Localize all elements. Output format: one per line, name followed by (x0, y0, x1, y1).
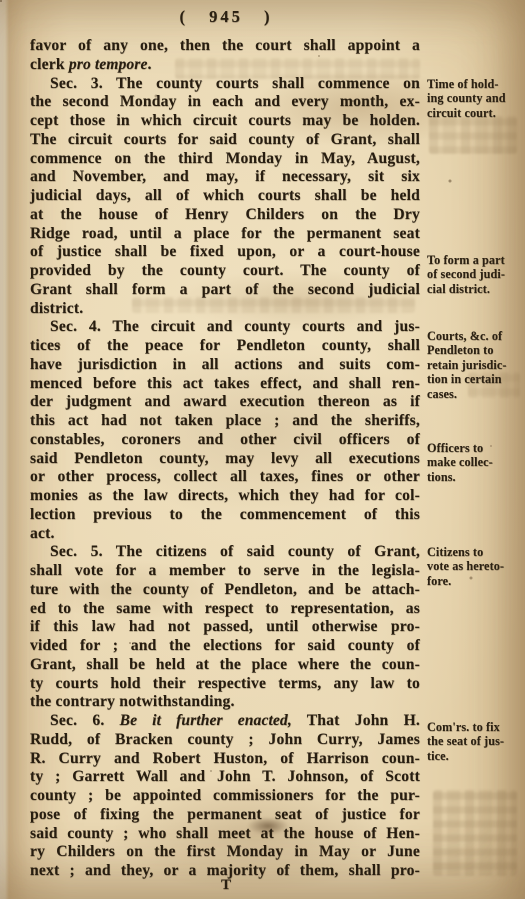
body-line-segment: R. Curry and Robert Huston, of Harrison … (30, 750, 420, 767)
body-line-segment: monies as the law directs, which they ha… (30, 487, 420, 504)
body-line-segment: Sec. 5. The citizens of said county of G… (50, 543, 420, 560)
page-number: ( 945 ) (0, 7, 452, 27)
body-line-segment: district. (30, 300, 83, 317)
body-line: said Pendleton county, may levy all exec… (30, 450, 420, 469)
body-line: Sec. 4. The circuit and county courts an… (30, 318, 420, 337)
body-line-segment: Sec. 4. The circuit and county courts an… (50, 318, 420, 335)
body-line: at the house of Henry Childers on the Dr… (30, 206, 420, 225)
body-line-segment: der judgment and award execution thereon… (30, 393, 420, 410)
body-line-segment: provided by the county court. The county… (30, 262, 420, 279)
body-line: der judgment and award execution thereon… (30, 393, 420, 412)
body-line: Sec. 3. The county courts shall commence… (30, 75, 420, 94)
body-line-segment: The circuit courts for said county of Gr… (30, 131, 420, 148)
body-line-segment: said Pendleton county, may levy all exec… (30, 450, 420, 467)
body-line-segment: pro tempore (69, 56, 148, 73)
margin-note-second-judicial-district: To form a part of second judi- cial dist… (427, 253, 524, 296)
scanned-page: ( 945 ) favor of any one, then the court… (0, 0, 525, 899)
body-line: lection previous to the commencement of … (30, 506, 420, 525)
body-line: ty courts hold their respective terms, a… (30, 675, 420, 694)
body-line-segment: Ridge road, until a place for the perman… (30, 225, 420, 242)
body-line: menced before this act takes effect, and… (30, 375, 420, 394)
body-line: of justice shall be fixed upon, or a cou… (30, 243, 420, 262)
body-line-segment: clerk (30, 56, 69, 73)
body-line-segment: constables, coroners and other civil off… (30, 431, 420, 448)
body-line-segment: menced before this act takes effect, and… (30, 375, 420, 392)
body-line-segment: ry Childers on the first Monday in May o… (30, 843, 420, 860)
body-line-segment: ture with the county of Pendleton, and b… (30, 581, 420, 598)
body-text: favor of any one, then the court shall a… (30, 37, 420, 881)
body-line-segment: the contrary notwithstanding. (30, 693, 235, 710)
margin-note-officers-make-collections: Officers to make collec- tions. (427, 441, 524, 484)
body-line: said county ; who shall meet at the hous… (30, 825, 420, 844)
body-line: monies as the law directs, which they ha… (30, 487, 420, 506)
bleed-through-stain (433, 790, 517, 876)
body-line-segment: at the house of Henry Childers on the Dr… (30, 206, 420, 223)
body-line-segment: Be it further enacted, (120, 712, 292, 729)
body-line: the contrary notwithstanding. (30, 693, 420, 712)
body-line: Sec. 5. The citizens of said county of G… (30, 543, 420, 562)
body-line: the second Monday in each and every mont… (30, 93, 420, 112)
body-line-segment: shall vote for a member to serve in the … (30, 562, 420, 579)
body-line-segment: That John H. (292, 712, 420, 729)
body-line-segment: Sec. 6. (50, 712, 120, 729)
body-line-segment: the second Monday in each and every mont… (30, 93, 420, 110)
body-line-segment: Grant shall form a part of the second ju… (30, 281, 420, 298)
body-line-segment: pose of fixing the permanent seat of jus… (30, 806, 420, 823)
body-line-segment: said county ; who shall meet at the hous… (30, 825, 420, 842)
body-line-segment: vided for ; and the elections for said c… (30, 637, 420, 654)
body-line-segment: act. (30, 525, 55, 542)
body-line: Sec. 6. Be it further enacted, That John… (30, 712, 420, 731)
body-line-segment: favor of any one, then the court shall a… (30, 37, 420, 54)
body-line: commence on the third Monday in May, Aug… (30, 150, 420, 169)
body-line-segment: Sec. 3. The county courts shall commence… (50, 75, 420, 92)
body-line: have jurisdiction in all actions and sui… (30, 356, 420, 375)
body-line: The circuit courts for said county of Gr… (30, 131, 420, 150)
margin-note-citizens-vote: Citizens to vote as hereto- fore. (427, 545, 524, 588)
body-line: clerk pro tempore. (30, 56, 420, 75)
body-line: Rudd, of Bracken county ; John Curry, Ja… (30, 731, 420, 750)
body-line: vided for ; and the elections for said c… (30, 637, 420, 656)
body-line: R. Curry and Robert Huston, of Harrison … (30, 750, 420, 769)
body-line-segment: and November, and may, if necessary, sit… (30, 168, 420, 185)
body-line-segment: cept those in which circuit courts may b… (30, 112, 420, 129)
body-line-segment: Grant, shall be held at the place where … (30, 656, 420, 673)
margin-note-pendleton-retain-jurisdiction: Courts, &c. of Pendleton to retain juris… (427, 329, 524, 401)
body-line: ture with the county of Pendleton, and b… (30, 581, 420, 600)
body-line: and November, and may, if necessary, sit… (30, 168, 420, 187)
body-line: Grant, shall be held at the place where … (30, 656, 420, 675)
body-line: act. (30, 525, 420, 544)
body-line: Grant shall form a part of the second ju… (30, 281, 420, 300)
body-line: shall vote for a member to serve in the … (30, 562, 420, 581)
body-line-segment: lection previous to the commencement of … (30, 506, 420, 523)
body-line: or other process, collect all taxes, fin… (30, 468, 420, 487)
body-line-segment: or other process, collect all taxes, fin… (30, 468, 420, 485)
bleed-through-stain (429, 116, 517, 154)
body-line: county ; be appointed commissioners for … (30, 787, 420, 806)
body-line-segment: county ; be appointed commissioners for … (30, 787, 420, 804)
margin-note-time-of-holding-court: Time of hold- ing county and circuit cou… (427, 77, 524, 120)
body-line-segment: judicial days, all of which courts shall… (30, 187, 420, 204)
margin-note-commissioners-fix-seat: Com'rs. to fix the seat of jus- tice. (427, 720, 524, 763)
body-line-segment: Rudd, of Bracken county ; John Curry, Ja… (30, 731, 420, 748)
body-line: ed to the same with respect to represent… (30, 600, 420, 619)
body-line: this act had not taken place ; and the s… (30, 412, 420, 431)
body-line-segment: of justice shall be fixed upon, or a cou… (30, 243, 420, 260)
body-line-segment: have jurisdiction in all actions and sui… (30, 356, 420, 373)
body-line: judicial days, all of which courts shall… (30, 187, 420, 206)
body-line-segment: ty ; Garrett Wall and John T. Johnson, o… (30, 768, 420, 785)
body-line-segment: commence on the third Monday in May, Aug… (30, 150, 420, 167)
body-line: ty ; Garrett Wall and John T. Johnson, o… (30, 768, 420, 787)
body-line: tices of the peace for Pendleton county,… (30, 337, 420, 356)
body-line-segment: tices of the peace for Pendleton county,… (30, 337, 420, 354)
signature-mark: T (0, 877, 452, 894)
paper-speckles (0, 0, 2, 2)
body-line-segment: this act had not taken place ; and the s… (30, 412, 420, 429)
body-line-segment: . (148, 56, 152, 73)
body-line: favor of any one, then the court shall a… (30, 37, 420, 56)
body-line: provided by the county court. The county… (30, 262, 420, 281)
body-line: if this law had not passed, until otherw… (30, 618, 420, 637)
body-line: district. (30, 300, 420, 319)
body-line-segment: ed to the same with respect to represent… (30, 600, 420, 617)
body-line: cept those in which circuit courts may b… (30, 112, 420, 131)
body-line: constables, coroners and other civil off… (30, 431, 420, 450)
body-line: pose of fixing the permanent seat of jus… (30, 806, 420, 825)
body-line-segment: ty courts hold their respective terms, a… (30, 675, 420, 692)
body-line: ry Childers on the first Monday in May o… (30, 843, 420, 862)
body-line-segment: if this law had not passed, until otherw… (30, 618, 420, 635)
body-line: Ridge road, until a place for the perman… (30, 225, 420, 244)
